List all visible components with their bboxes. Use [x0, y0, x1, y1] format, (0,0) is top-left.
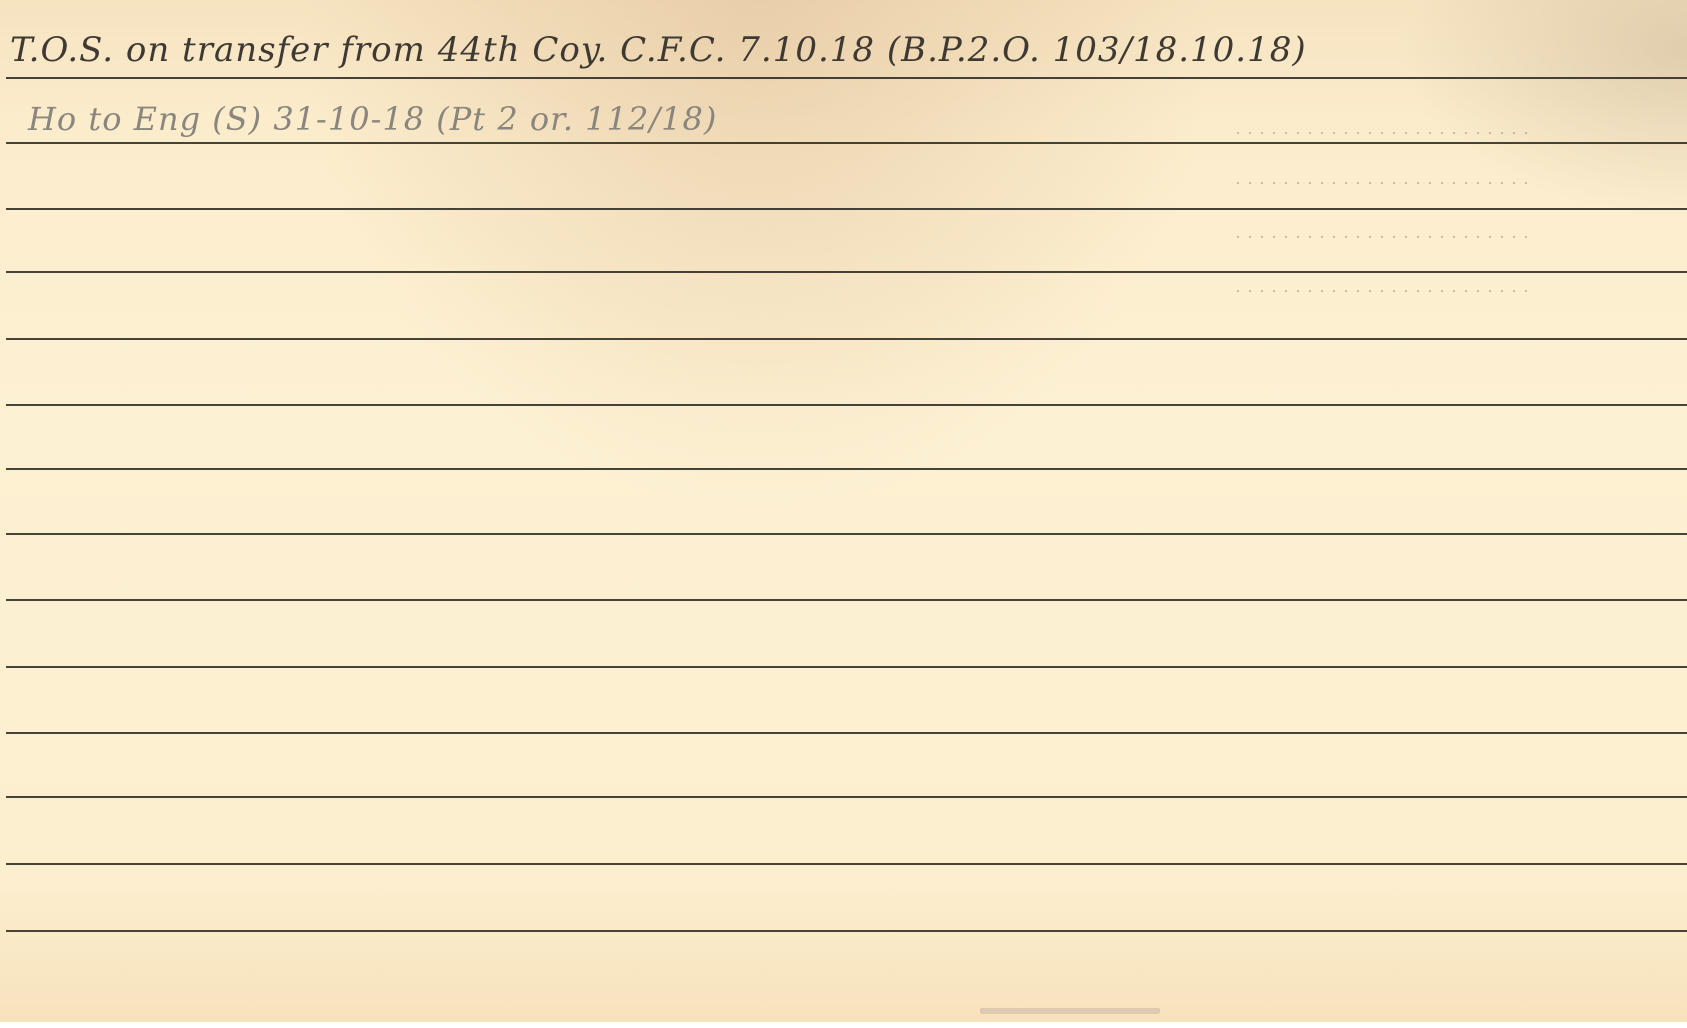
scan-border [0, 1022, 1687, 1028]
ruled-line [6, 468, 1687, 470]
ruled-line [6, 271, 1687, 273]
ruled-line [6, 77, 1687, 79]
faint-dotted-line [1232, 236, 1527, 238]
ruled-line [6, 930, 1687, 932]
entry-tos-transfer: T.O.S. on transfer from 44th Coy. C.F.C.… [10, 30, 1307, 70]
ruled-line [6, 599, 1687, 601]
ruled-line [6, 533, 1687, 535]
faint-dotted-line [1232, 290, 1527, 292]
ruled-line [6, 863, 1687, 865]
faint-dotted-line [1232, 132, 1527, 134]
ruled-line [6, 208, 1687, 210]
index-card: T.O.S. on transfer from 44th Coy. C.F.C.… [0, 0, 1687, 1022]
ruled-line [6, 142, 1687, 144]
ruled-line [6, 796, 1687, 798]
ruled-line [6, 732, 1687, 734]
ruled-line [6, 666, 1687, 668]
ruled-line [6, 338, 1687, 340]
entry-to-england: Ho to Eng (S) 31-10-18 (Pt 2 or. 112/18) [28, 100, 717, 138]
faint-dotted-line [1232, 182, 1527, 184]
paper-stain [980, 1008, 1160, 1014]
ruled-line [6, 404, 1687, 406]
